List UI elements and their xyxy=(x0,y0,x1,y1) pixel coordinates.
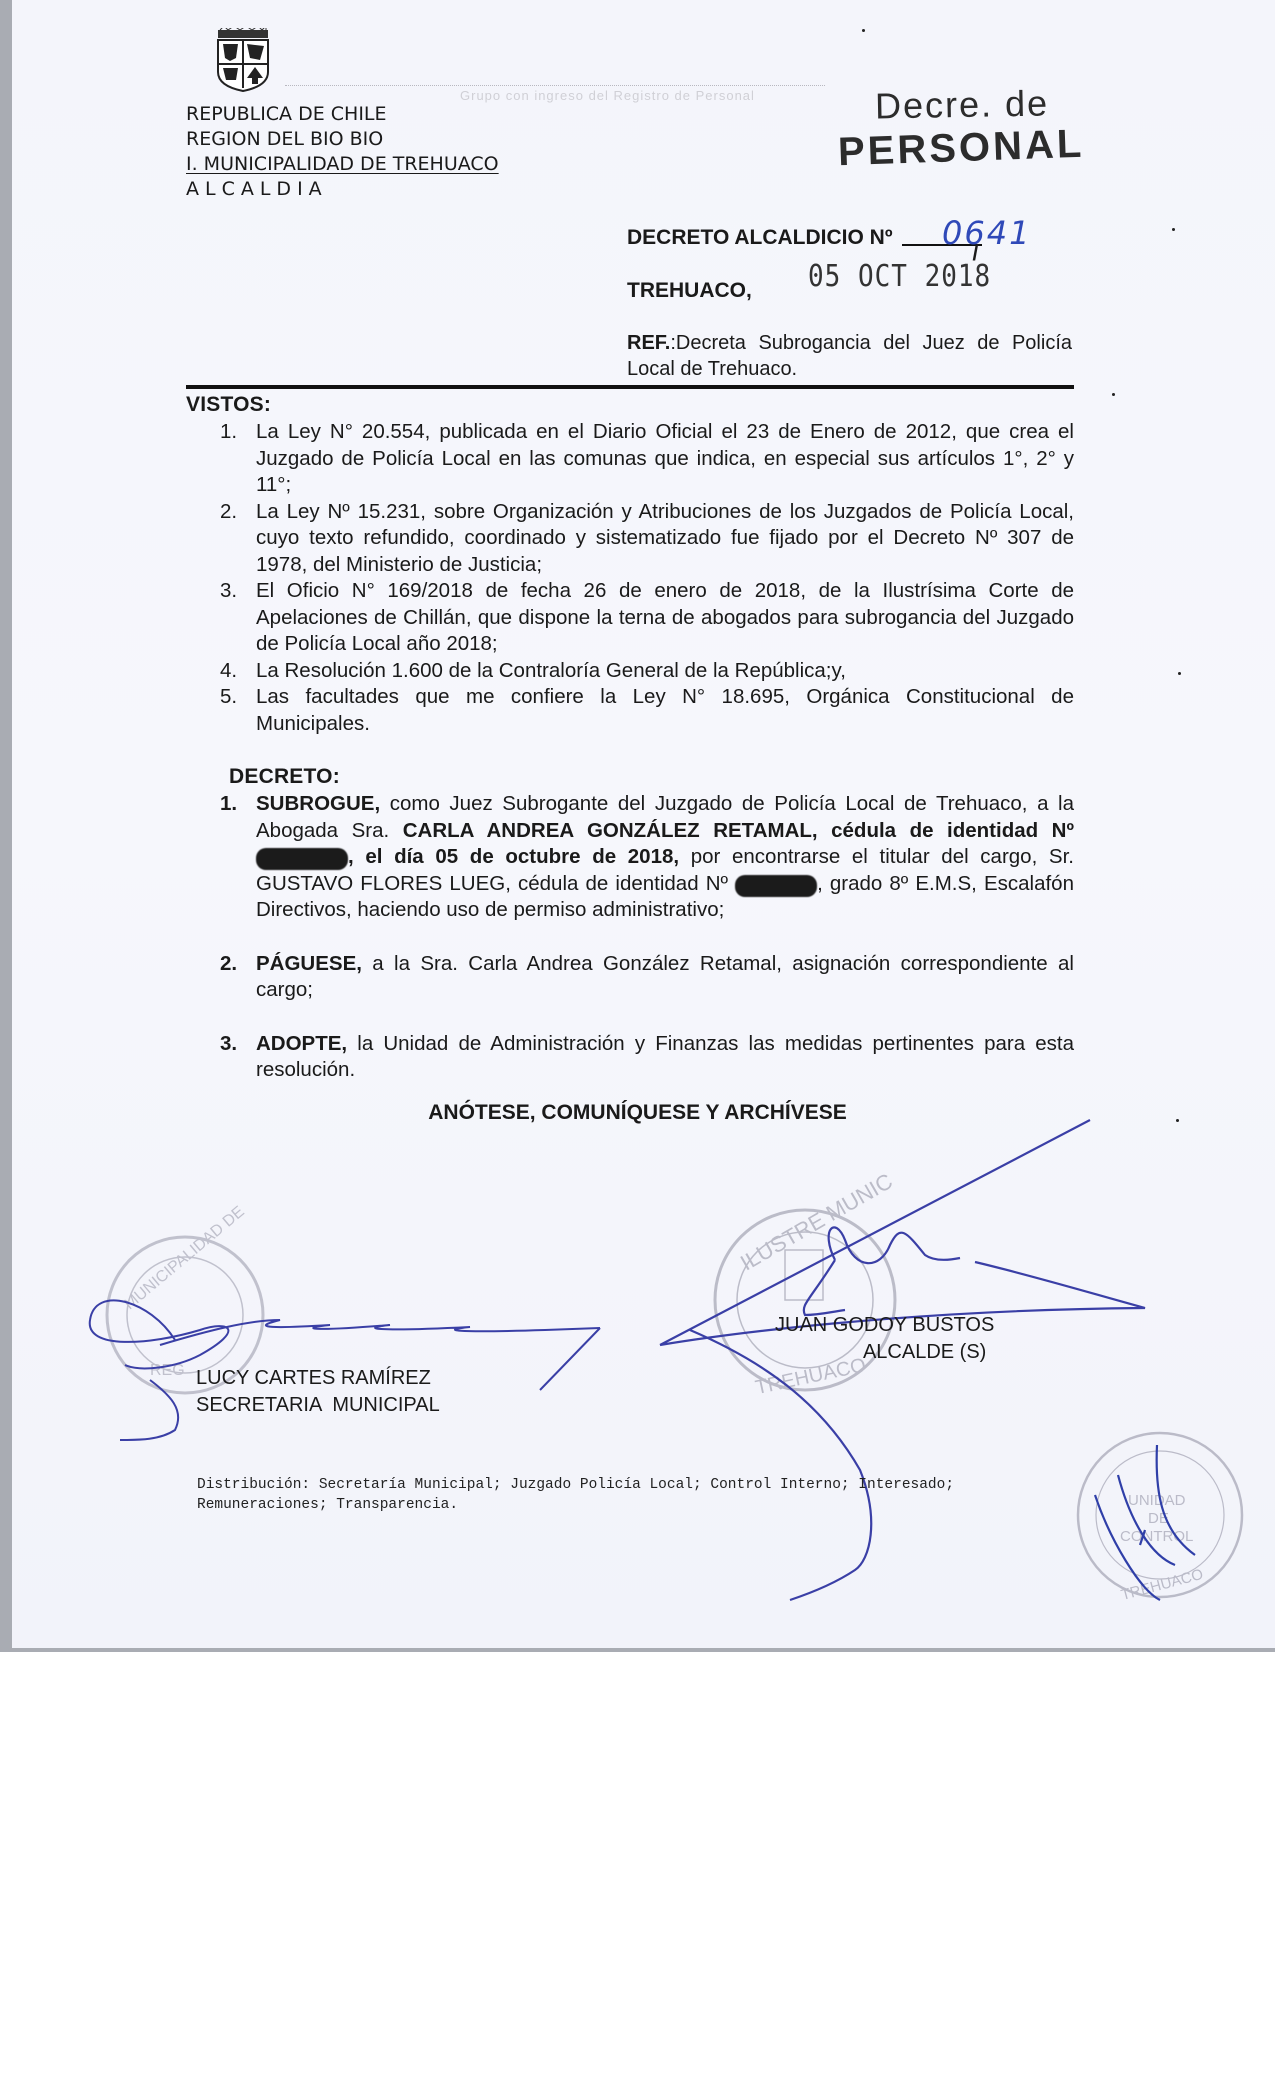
secretary-title: SECRETARIA MUNICIPAL xyxy=(196,1392,440,1419)
scan-speck xyxy=(1172,228,1175,231)
decreto-item-paguese: 2.PÁGUESE, a la Sra. Carla Andrea Gonzál… xyxy=(214,951,1074,1004)
decreto-item-subrogue: 1.SUBROGUE, como Juez Subrogante del Juz… xyxy=(214,791,1074,924)
mayor-signature-block: JUAN GODOY BUSTOS ALCALDE (S) xyxy=(775,1312,994,1366)
faint-header-text: Grupo con ingreso del Registro de Person… xyxy=(460,88,755,103)
distribution-line-2: Remuneraciones; Transparencia. xyxy=(197,1495,954,1515)
faint-dotted-line xyxy=(285,85,825,86)
ref-label: REF. xyxy=(627,332,670,354)
closing-formula: ANÓTESE, COMUNÍQUESE Y ARCHÍVESE xyxy=(0,1101,1275,1125)
ref-text: :Decreta Subrogancia del Juez de Policía… xyxy=(627,332,1072,380)
decree-number-text: DECRETO ALCALDICIO Nº xyxy=(627,226,893,249)
decree-reference: REF.:Decreta Subrogancia del Juez de Pol… xyxy=(627,330,1072,382)
institution-line-region: REGION DEL BIO BIO xyxy=(186,127,499,152)
decreto-title: DECRETO: xyxy=(229,765,340,789)
secretary-name: LUCY CARTES RAMÍREZ xyxy=(196,1365,440,1392)
header-divider xyxy=(186,385,1074,389)
scan-speck xyxy=(1112,393,1115,396)
stamp-decre-de: Decre. de xyxy=(875,82,1050,127)
vistos-item: 4.La Resolución 1.600 de la Contraloría … xyxy=(214,658,1074,685)
vistos-item: 2.La Ley Nº 15.231, sobre Organización y… xyxy=(214,499,1074,579)
mayor-name: JUAN GODOY BUSTOS xyxy=(775,1312,994,1339)
redacted-id-1: [redacted] xyxy=(256,848,348,870)
decree-number-handwritten: 0641 xyxy=(942,214,1031,252)
scan-speck xyxy=(862,29,865,32)
institution-line-municipality: I. MUNICIPALIDAD DE TREHUACO xyxy=(186,152,499,177)
vistos-title: VISTOS: xyxy=(186,393,271,417)
vistos-item: 3.El Oficio N° 169/2018 de fecha 26 de e… xyxy=(214,578,1074,658)
vistos-item: 1.La Ley N° 20.554, publicada en el Diar… xyxy=(214,419,1074,499)
decreto-list: 1.SUBROGUE, como Juez Subrogante del Juz… xyxy=(214,791,1074,1084)
decreto-item-adopte: 3.ADOPTE, la Unidad de Administración y … xyxy=(214,1031,1074,1084)
distribution-line-1: Distribución: Secretaría Municipal; Juzg… xyxy=(197,1475,954,1495)
coat-of-arms-icon xyxy=(210,28,276,92)
stamp-personal: PERSONAL xyxy=(837,122,1085,176)
vistos-list: 1.La Ley N° 20.554, publicada en el Diar… xyxy=(214,419,1074,737)
decree-city: TREHUACO, xyxy=(627,279,752,303)
secretary-signature-block: LUCY CARTES RAMÍREZ SECRETARIA MUNICIPAL xyxy=(196,1365,440,1419)
institution-line-office: ALCALDIA xyxy=(186,177,499,202)
vistos-item: 5.Las facultades que me confiere la Ley … xyxy=(214,684,1074,737)
date-stamp: 05 OCT 2018 xyxy=(808,260,991,295)
institution-header: REPUBLICA DE CHILE REGION DEL BIO BIO I.… xyxy=(186,102,499,202)
scan-speck xyxy=(1176,1119,1179,1122)
institution-line-country: REPUBLICA DE CHILE xyxy=(186,102,499,127)
redacted-id-2: [redacted] xyxy=(735,875,817,897)
distribution-list: Distribución: Secretaría Municipal; Juzg… xyxy=(197,1475,954,1515)
scan-speck xyxy=(1178,672,1181,675)
decree-number-label: DECRETO ALCALDICIO Nº / xyxy=(627,226,982,250)
mayor-title: ALCALDE (S) xyxy=(855,1339,994,1366)
